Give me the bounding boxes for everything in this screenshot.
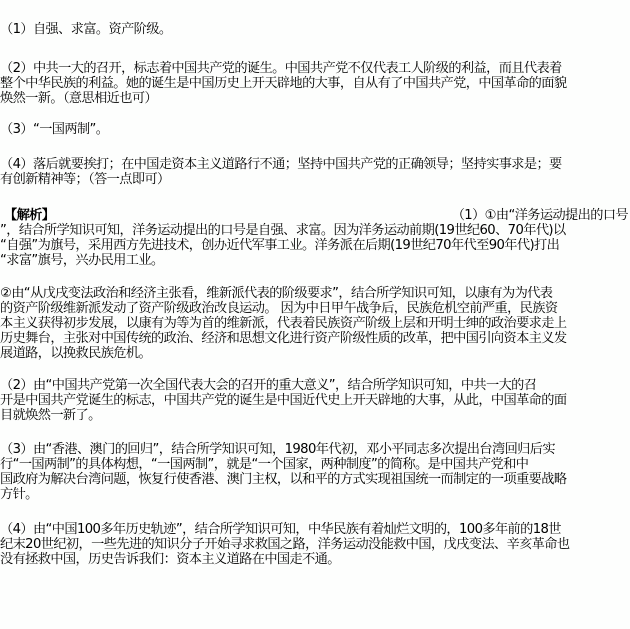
analysis-1-line-2: “自强”为旗号，采用西方先进技术，创办近代军事工业。洋务派在后期(19世纪70年… xyxy=(0,238,559,253)
answer-3: （3）“一国两制”。 xyxy=(0,122,108,137)
analysis-1-line-1: ”，结合所学知识可知，洋务运动提出的口号是自强、求富。因为洋务运动前期(19世纪… xyxy=(0,223,566,238)
analysis-3-line-3: 目就焕然一新了。 xyxy=(0,408,101,423)
answer-2-line-2: 整个中华民族的利益。她的诞生是中国历史上开天辟地的大事，自从有了中国共产党，中国… xyxy=(0,76,566,91)
analysis-3-line-1: （2）由“中国共产党第一次全国代表大会的召开的重大意义”，结合所学知识可知，中共… xyxy=(0,378,536,393)
analysis-3-line-2: 开是中国共产党诞生的标志，中国共产党的诞生是中国近代史上开天辟地的大事，从此，中… xyxy=(0,393,566,408)
analysis-2-line-3: 本主义获得初步发展，以康有为等为首的维新派，代表着民族资产阶级上层和开明士绅的政… xyxy=(0,316,566,331)
analysis-1-head: （1）①由“洋务运动提出的口号 xyxy=(452,208,628,223)
analysis-4-line-4: 方针。 xyxy=(0,487,38,502)
analysis-4-line-3: 国政府为解决台湾问题，恢复行使香港、澳门主权，以和平的方式实现祖国统一而制定的一… xyxy=(0,472,566,487)
answer-4-line-1: （4）落后就要挨打；在中国走资本主义道路行不通；坚持中国共产党的正确领导；坚持实… xyxy=(0,157,562,172)
analysis-4-line-1: （3）由“香港、澳门的回归”，结合所学知识可知，1980年代初，邓小平同志多次提… xyxy=(0,442,555,457)
analysis-5-line-3: 没有拯救中国，历史告诉我们：资本主义道路在中国走不通。 xyxy=(0,552,340,567)
analysis-2-line-5: 展道路，以挽救民族危机。 xyxy=(0,346,151,361)
answer-4-line-2: 有创新精神等；（答一点即可） xyxy=(0,172,170,187)
answer-2-line-3: 焕然一新。（意思相近也可） xyxy=(0,91,157,106)
analysis-heading: 【解析】 xyxy=(4,208,54,223)
analysis-1-line-3: “求富”旗号，兴办民用工业。 xyxy=(0,253,164,268)
analysis-4-line-2: 行“一国两制”的具体构想，“一国两制”，就是“一个国家，两种制度”的简称。是中国… xyxy=(0,457,528,472)
analysis-5-line-2: 纪末20世纪初，一些先进的知识分子开始寻求救国之路，洋务运动没能救中国，戊戌变法… xyxy=(0,537,569,552)
answer-1: （1）自强、求富。资产阶级。 xyxy=(0,22,171,37)
analysis-2-line-1: ②由“从戊戌变法政治和经济主张看，维新派代表的阶级要求”，结合所学知识可知，以康… xyxy=(0,286,552,301)
analysis-2-line-4: 历史舞台，主张对中国传统的政治、经济和思想文化进行资产阶级性质的改革，把中国引向… xyxy=(0,331,566,346)
answer-2-line-1: （2）中共一大的召开，标志着中国共产党的诞生。中国共产党不仅代表工人阶级的利益，… xyxy=(0,61,562,76)
analysis-5-line-1: （4）由“中国100多年历史轨迹”，结合所学知识可知，中华民族有着灿烂文明的，1… xyxy=(0,522,561,537)
analysis-2-line-2: 的资产阶级维新派发动了资产阶级政治改良运动。 因为中日甲午战争后，民族危机空前严… xyxy=(0,301,557,316)
